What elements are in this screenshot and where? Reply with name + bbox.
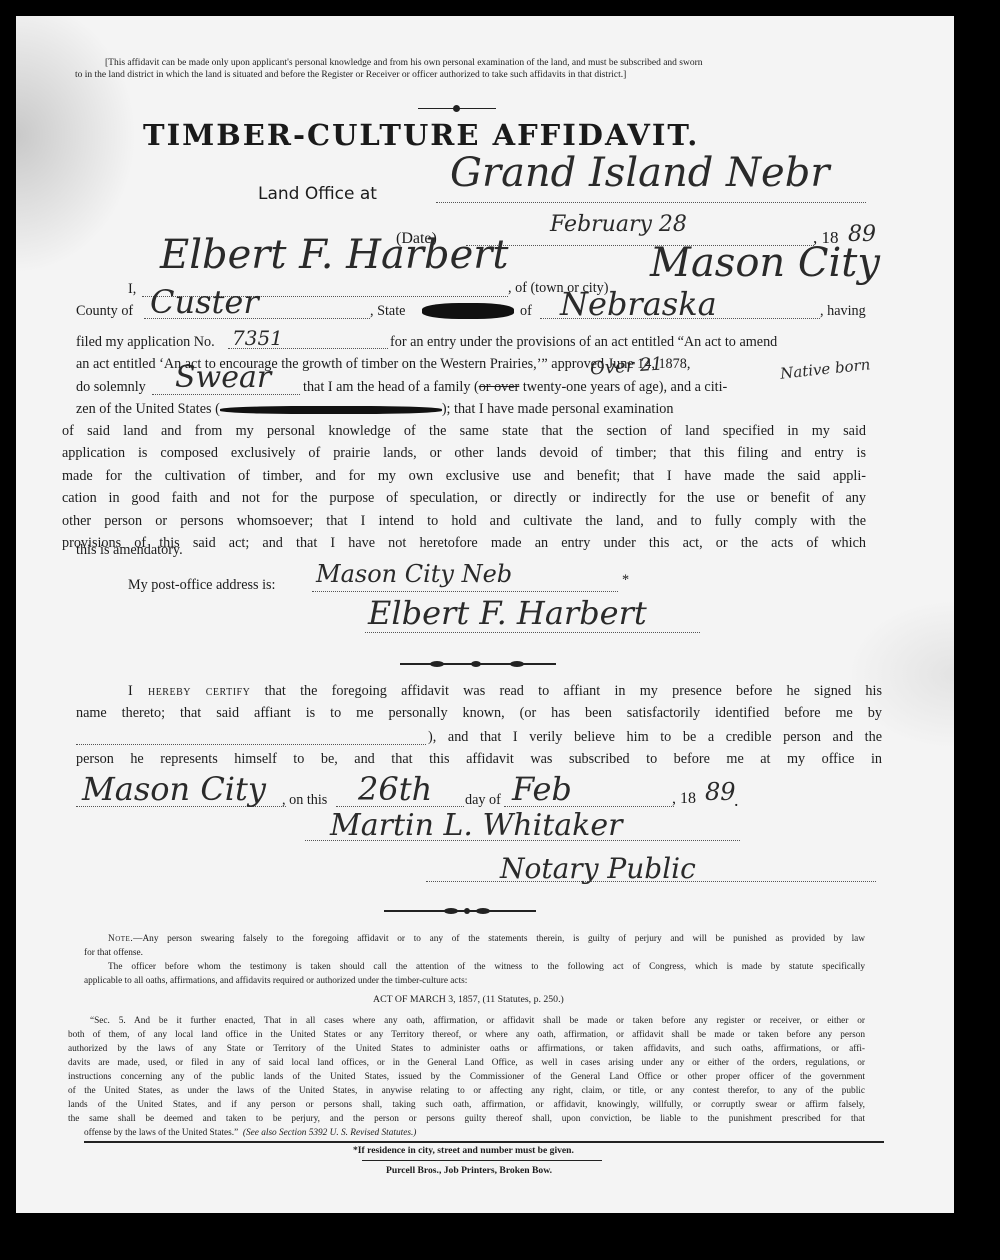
certificate-month-value[interactable]: Feb [512,770,572,808]
middle-ornament-divider [400,663,556,665]
state-label: , State [370,303,405,320]
state-value[interactable]: Nebraska [560,285,717,323]
section-reference: (See also Section 5392 U. S. Revised Sta… [243,1128,417,1138]
section-line-2: both of them, of any local land office i… [68,1030,865,1040]
instruction-line-2: to in the land district in which the lan… [75,69,626,82]
age-text: twenty-one years of age), and a citi- [519,379,727,395]
of-label: of [520,303,532,320]
land-office-label: Land Office at [258,184,377,204]
application-label: filed my application No. [76,334,215,351]
on-this-label: , on this [282,792,327,809]
certificate-year-period: . [734,790,739,811]
body-line-6: application is composed exclusively of p… [62,445,866,462]
examination-text: ); that I have made personal examination [442,401,674,417]
footer-rule [84,1141,884,1143]
section-line-4: davits are made, used, or filed in any o… [68,1058,865,1068]
affiant-signature-line [365,632,700,633]
section-line-6: of the United States, as under the laws … [68,1086,865,1096]
officer-note-line-1: The officer before whom the testimony is… [108,962,865,972]
county-label: County of [76,303,133,320]
town-value[interactable]: Mason City [650,240,880,286]
citizen-text: zen of the United States ( [76,401,220,417]
post-office-value[interactable]: Mason City Neb [316,560,512,588]
certificate-place-value[interactable]: Mason City [82,770,266,808]
note-line-1: Note.—Any person swearing falsely to the… [108,934,865,944]
application-text: for an entry under the provisions of an … [390,334,777,351]
note-text: —Any person swearing falsely to the fore… [133,934,865,944]
body-line-8: cation in good faith and not for the pur… [62,490,866,507]
post-office-label: My post-office address is: [128,577,276,594]
certificate-day-value[interactable]: 26th [358,770,432,808]
section-line-5: instructions concerning any of the publi… [68,1072,865,1082]
certificate-year-value[interactable]: 89 [705,778,736,806]
body-line-7: made for the cultivation of timber, and … [62,468,866,485]
section-line-8: the same shall be deemed and taken to be… [68,1114,865,1124]
footnote-asterisk: * [622,572,629,589]
body-line-9: other person or persons whomsoever; that… [62,513,866,530]
certify-lead: I hereby certify [128,683,250,699]
officer-note-line-2: applicable to all oaths, affirmations, a… [84,976,467,986]
form-title: TIMBER-CULTURE AFFIDAVIT. [143,118,699,152]
application-number-value[interactable]: 7351 [232,326,283,350]
body-line-11: this is amendatory. [76,542,183,559]
act-heading: ACT OF MARCH 3, 1857, (11 Statutes, p. 2… [373,994,564,1005]
struck-or-over: or over [479,379,520,395]
officer-title[interactable]: Notary Public [500,852,696,885]
body-line-3: that I am the head of a family (or over … [303,379,727,396]
top-ornament-divider [418,108,496,109]
body-line-4: zen of the United States (or have declar… [76,401,673,418]
identifier-field-line[interactable] [76,744,426,745]
certificate-line-2: name thereto; that said affiant is to me… [76,705,882,722]
struck-declared-intention-scribble: or have declared my intention to become … [220,406,442,414]
certificate-line-1: I hereby certify that the foregoing affi… [128,683,882,700]
instruction-line-1: [This affidavit can be made only upon ap… [105,57,703,70]
note-line-2: for that offense. [84,948,143,958]
certify-rest: that the foregoing affidavit was read to… [250,683,882,699]
certificate-line-3: ), and that I verily believe him to be a… [428,729,882,746]
affiant-i-label: I, [128,281,136,298]
date-value[interactable]: February 28 [550,212,687,237]
county-value[interactable]: Custer [150,283,259,321]
oath-value[interactable]: Swear [175,360,271,395]
printer-credit: Purcell Bros., Job Printers, Broken Bow. [386,1165,552,1176]
affiant-signature[interactable]: Elbert F. Harbert [368,594,647,632]
section-line-9: offense by the laws of the United States… [84,1128,416,1138]
state-struck-scribble: (or Territory) [422,303,514,319]
having-label: , having [820,303,866,320]
footnote: *If residence in city, street and number… [353,1145,574,1156]
post-office-field-line [312,591,618,592]
land-office-field-line [436,202,866,203]
note-lead: Note. [108,934,133,944]
certificate-line-4: person he represents himself to be, and … [76,751,882,768]
section-line-1: “Sec. 5. And be it further enacted, That… [90,1016,865,1026]
section-last-text: offense by the laws of the United States… [84,1128,238,1138]
body-line-5: of said land and from my personal knowle… [62,423,866,440]
section-line-3: authorized by the laws of any State or T… [68,1044,865,1054]
certificate-year-prefix: , 18 [672,790,696,808]
day-of-label: day of [465,792,501,809]
solemnly-label: do solemnly [76,379,146,396]
head-of-family-text: that I am the head of a family ( [303,379,479,395]
land-office-value[interactable]: Grand Island Nebr [450,150,829,196]
printer-rule [362,1160,602,1161]
bottom-ornament-divider [384,910,536,912]
officer-signature[interactable]: Martin L. Whitaker [330,808,622,843]
section-line-7: lands of the United States, and if any p… [68,1100,865,1110]
affiant-name-value[interactable]: Elbert F. Harbert [160,232,508,278]
